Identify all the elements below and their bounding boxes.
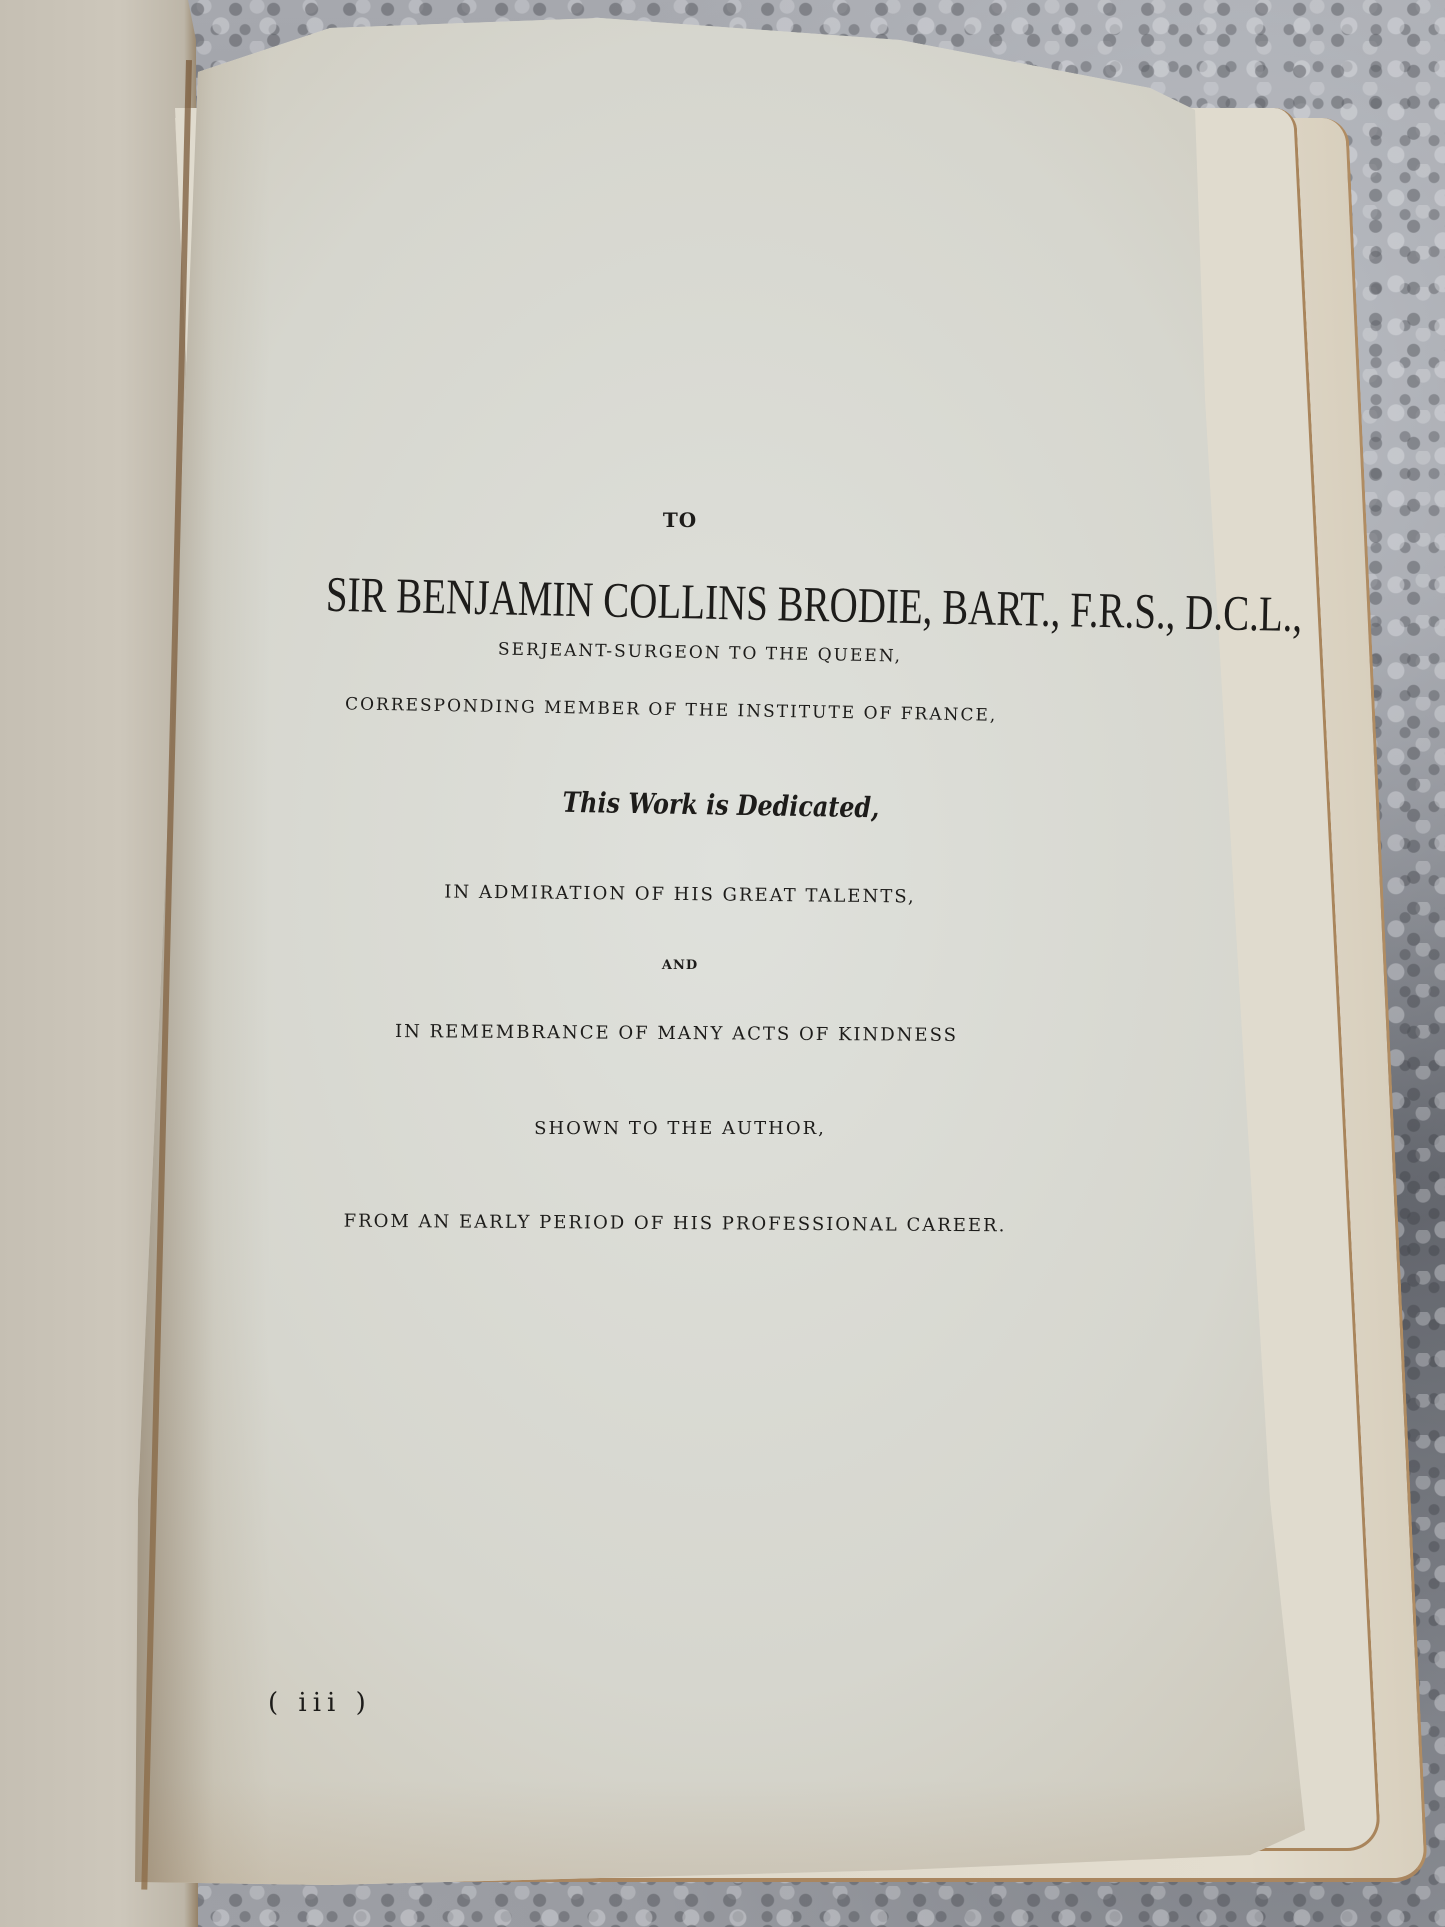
- book-photo-scene: TO SIR BENJAMIN COLLINS BRODIE, BART., F…: [0, 0, 1445, 1927]
- dedication-reason-3: SHOWN TO THE AUTHOR,: [530, 1118, 830, 1139]
- dedicatee-name: SIR BENJAMIN COLLINS BRODIE, BART., F.R.…: [325, 565, 1020, 638]
- dedication-reason-4: FROM AN EARLY PERIOD OF HIS PROFESSIONAL…: [335, 1211, 1015, 1237]
- dedication-phrase-blackletter: This Work is Dedicated,: [562, 786, 818, 823]
- dedication-reason-1: IN ADMIRATION OF HIS GREAT TALENTS,: [440, 881, 920, 907]
- dedicatee-title-2: CORRESPONDING MEMBER OF THE INSTITUTE OF…: [345, 694, 995, 725]
- dedication-to: TO: [640, 508, 720, 532]
- dedication-text: TO SIR BENJAMIN COLLINS BRODIE, BART., F…: [0, 0, 1445, 1927]
- dedication-reason-2: IN REMEMBRANCE OF MANY ACTS OF KINDNESS: [395, 1021, 955, 1046]
- page-number: ( iii ): [268, 1688, 358, 1718]
- dedicatee-title-1: SERJEANT-SURGEON TO THE QUEEN,: [460, 639, 940, 667]
- dedication-conjunction: AND: [645, 958, 715, 973]
